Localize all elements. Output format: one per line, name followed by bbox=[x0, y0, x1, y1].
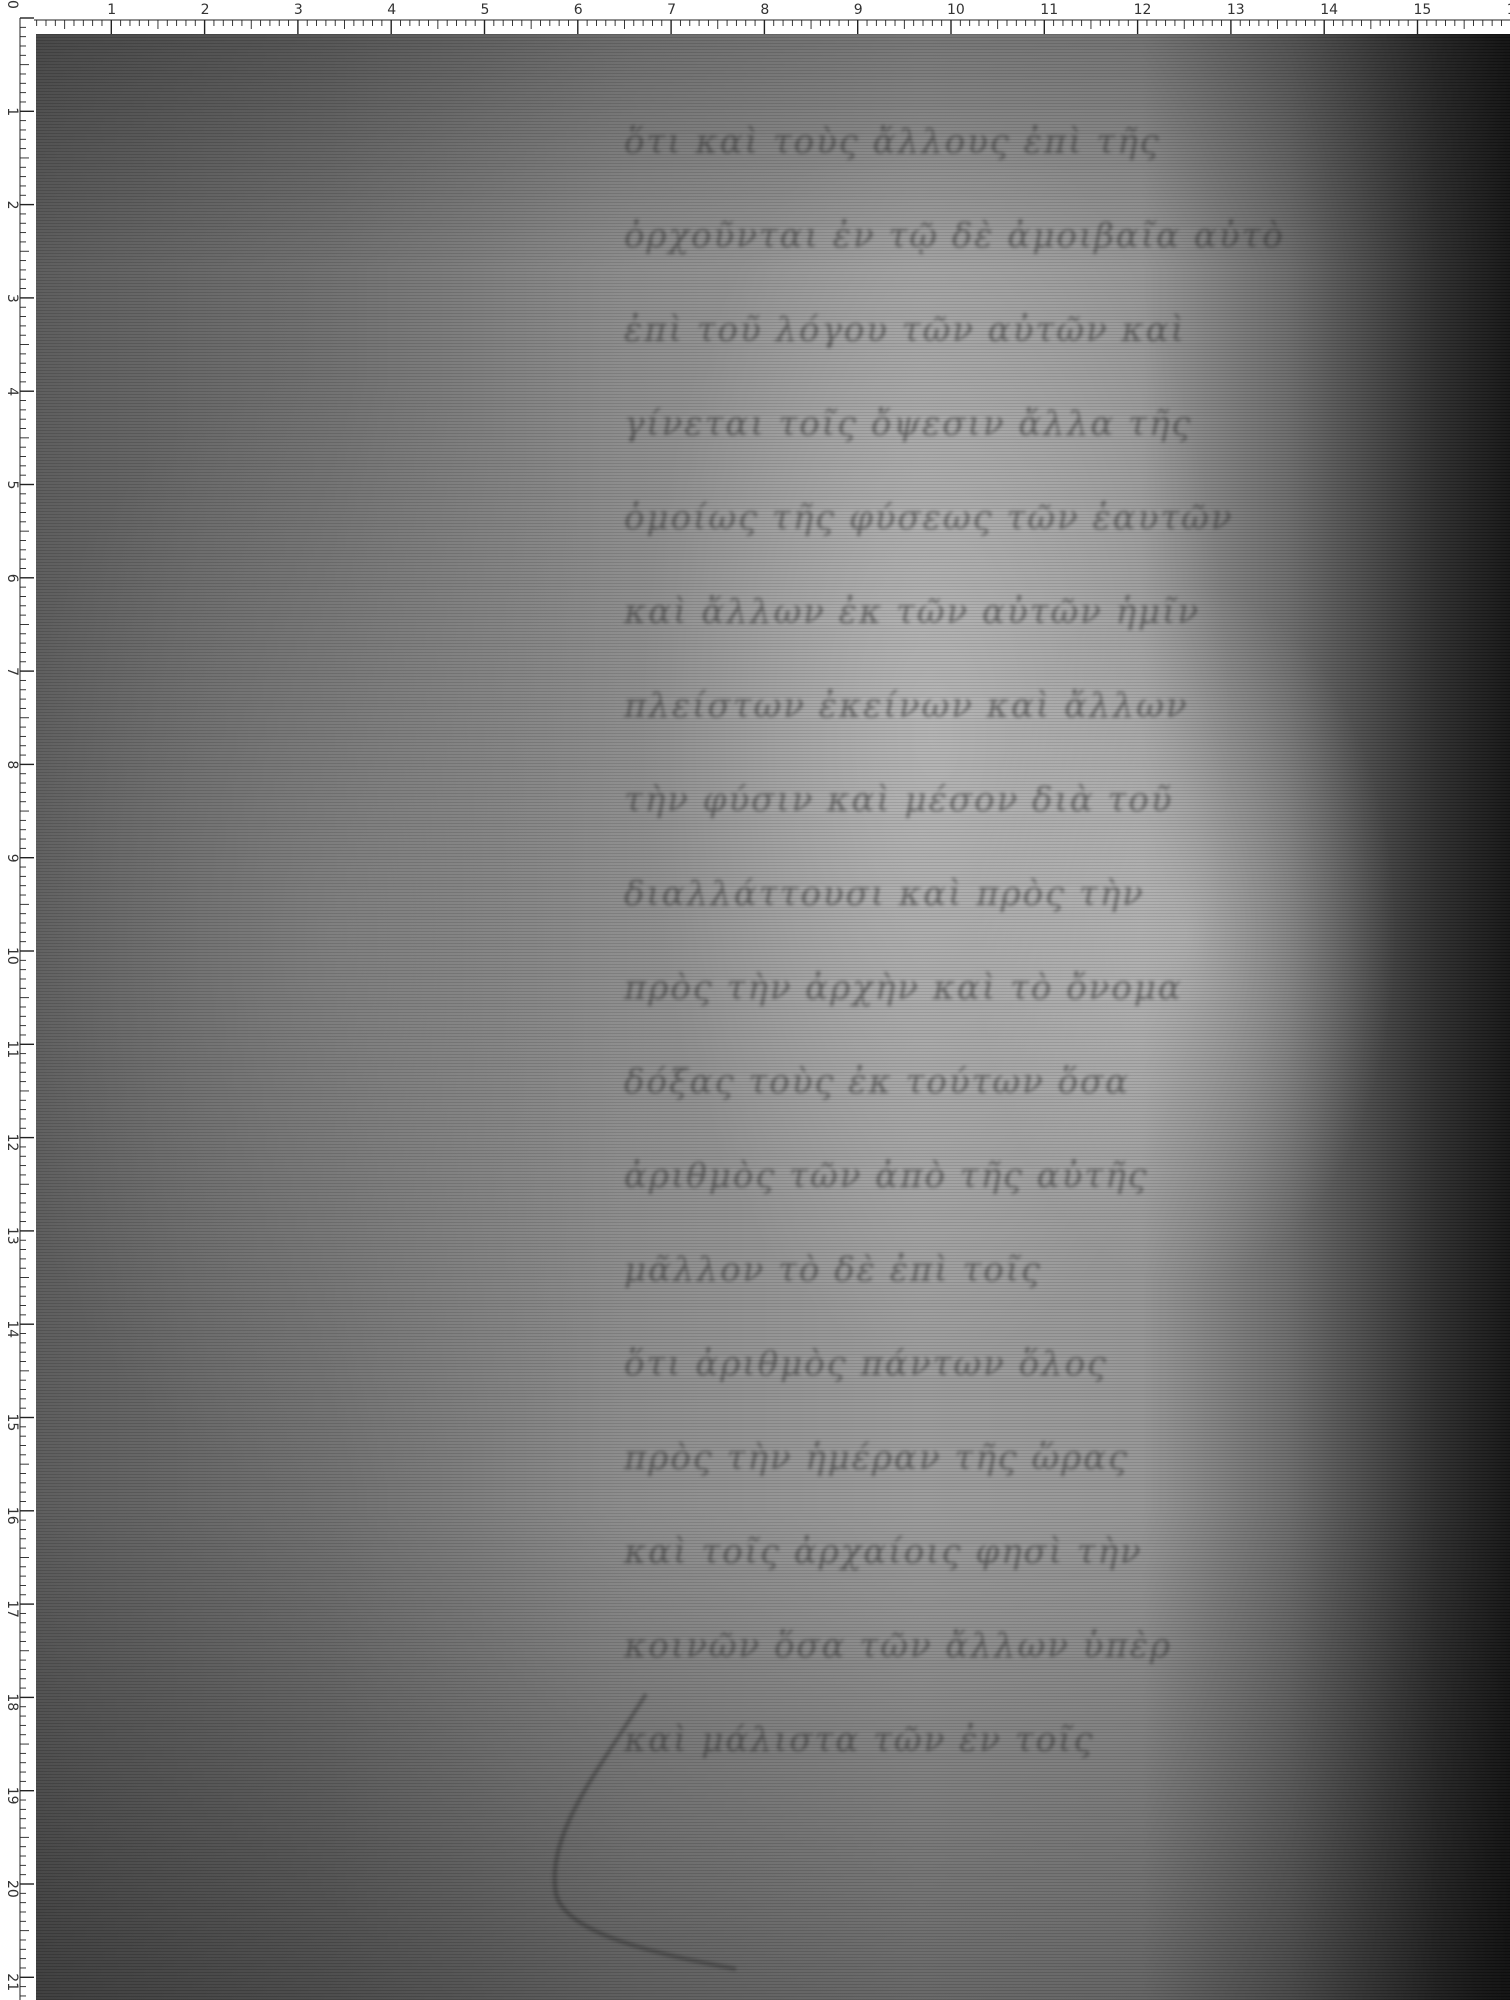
ruler-left-label: 11 bbox=[4, 1040, 20, 1058]
manuscript-line: καὶ μάλιστα τῶν ἐν τοῖς bbox=[624, 1720, 1095, 1760]
ruler-left-label: 9 bbox=[4, 854, 20, 863]
manuscript-line: ὁμοίως τῆς φύσεως τῶν ἑαυτῶν bbox=[624, 498, 1234, 538]
ruler-left-label: 13 bbox=[4, 1227, 20, 1245]
ruler-left-label: 5 bbox=[4, 481, 20, 490]
ruler-left-label: 16 bbox=[4, 1507, 20, 1525]
ruler-top-label: 12 bbox=[1134, 2, 1152, 18]
ruler-top-label: 11 bbox=[1040, 2, 1058, 18]
ruler-top-label: 4 bbox=[387, 2, 396, 18]
ruler-left-label: 18 bbox=[4, 1693, 20, 1711]
ruler-left-label: 7 bbox=[4, 667, 20, 676]
manuscript-line: ὅτι ἀριθμὸς πάντων ὅλος bbox=[624, 1344, 1108, 1384]
ruler-left-label: 2 bbox=[4, 201, 20, 210]
ruler-top-label: 6 bbox=[574, 2, 583, 18]
manuscript-line: διαλλάττουσι καὶ πρὸς τὴν bbox=[624, 874, 1145, 914]
manuscript-line: ἀριθμὸς τῶν ἀπὸ τῆς αὐτῆς bbox=[624, 1156, 1149, 1196]
ruler-left-label: 21 bbox=[4, 1973, 20, 1991]
ruler-left-label: 0 bbox=[4, 0, 20, 9]
ruler-left-ticks: 0123456789101112131415161718192021 bbox=[0, 0, 34, 2000]
ruler-top-label: 14 bbox=[1320, 2, 1338, 18]
ruler-top-label: 1 bbox=[107, 2, 116, 18]
manuscript-line: ὀρχοῦνται ἐν τῷ δὲ ἀμοιβαῖα αὐτὸ bbox=[624, 216, 1285, 256]
ruler-top-label: 9 bbox=[854, 2, 863, 18]
manuscript-line: δόξας τοὺς ἐκ τούτων ὅσα bbox=[624, 1062, 1130, 1102]
ruler-left-label: 1 bbox=[4, 107, 20, 116]
ruler-left-label: 15 bbox=[4, 1414, 20, 1432]
manuscript-line: πλείστων ἐκείνων καὶ ἄλλων bbox=[624, 686, 1189, 726]
ruler-left: 0123456789101112131415161718192021 bbox=[0, 0, 34, 2000]
manuscript-line: πρὸς τὴν ἡμέραν τῆς ὥρας bbox=[624, 1438, 1129, 1478]
ruler-left-label: 19 bbox=[4, 1787, 20, 1805]
ruler-top-label: 2 bbox=[201, 2, 210, 18]
ruler-left-label: 6 bbox=[4, 574, 20, 583]
ruler-left-label: 8 bbox=[4, 760, 20, 769]
manuscript-scan: ὅτι καὶ τοὺς ἄλλους ἐπὶ τῆςὀρχοῦνται ἐν … bbox=[36, 34, 1510, 2000]
manuscript-line: τὴν φύσιν καὶ μέσον διὰ τοῦ bbox=[624, 780, 1174, 820]
ruler-left-label: 3 bbox=[4, 294, 20, 303]
ink-stroke-flourish bbox=[36, 34, 1510, 2000]
ruler-top-label: 10 bbox=[947, 2, 965, 18]
ruler-top-label: 13 bbox=[1227, 2, 1245, 18]
ruler-top-label: 15 bbox=[1414, 2, 1432, 18]
ruler-top-label: 8 bbox=[760, 2, 769, 18]
ruler-left-label: 10 bbox=[4, 947, 20, 965]
ruler-left-label: 20 bbox=[4, 1880, 20, 1898]
ruler-top-ticks: 01234567891011121314151 bbox=[0, 0, 1510, 34]
ruler-top-label: 3 bbox=[294, 2, 303, 18]
manuscript-line: καὶ τοῖς ἀρχαίοις φησὶ τὴν bbox=[624, 1532, 1143, 1572]
ruler-left-label: 4 bbox=[4, 387, 20, 396]
ruler-left-label: 17 bbox=[4, 1600, 20, 1618]
ruler-left-label: 12 bbox=[4, 1134, 20, 1152]
ruler-top: 01234567891011121314151 bbox=[0, 0, 1510, 34]
ruler-top-label: 5 bbox=[481, 2, 490, 18]
manuscript-line: γίνεται τοῖς ὄψεσιν ἄλλα τῆς bbox=[624, 404, 1192, 444]
ruler-top-label: 7 bbox=[667, 2, 676, 18]
manuscript-line: ὅτι καὶ τοὺς ἄλλους ἐπὶ τῆς bbox=[624, 122, 1161, 162]
manuscript-line: καὶ ἄλλων ἐκ τῶν αὐτῶν ἡμῖν bbox=[624, 592, 1200, 632]
ruler-left-label: 14 bbox=[4, 1320, 20, 1338]
manuscript-line: πρὸς τὴν ἀρχὴν καὶ τὸ ὄνομα bbox=[624, 968, 1183, 1008]
manuscript-line: μᾶλλον τὸ δὲ ἐπὶ τοῖς bbox=[624, 1250, 1042, 1290]
manuscript-line: κοινῶν ὅσα τῶν ἄλλων ὑπὲρ bbox=[624, 1626, 1172, 1666]
manuscript-line: ἐπὶ τοῦ λόγου τῶν αὐτῶν καὶ bbox=[624, 310, 1186, 350]
